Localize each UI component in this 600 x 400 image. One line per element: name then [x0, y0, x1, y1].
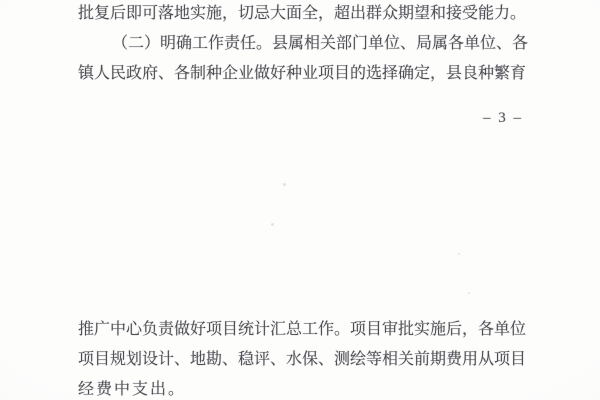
text-line: 推广中心负责做好项目统计汇总工作。项目审批实施后，各单位 — [78, 315, 524, 345]
text-line: 批复后即可落地实施，切忌大面全，超出群众期望和接受能力。 — [78, 0, 524, 29]
scan-noise-speck — [458, 253, 460, 255]
bottom-paragraph: 推广中心负责做好项目统计汇总工作。项目审批实施后，各单位 项目规划设计、地勘、稳… — [78, 315, 524, 400]
scan-noise-speck — [271, 223, 274, 226]
scan-noise-speck — [468, 292, 470, 294]
text-line: 镇人民政府、各制种企业做好种业项目的选择确定，县良种繁育 — [78, 59, 524, 89]
text-line: 项目规划设计、地勘、稳评、水保、测绘等相关前期费用从项目 — [78, 345, 524, 375]
text-line: 经费中支出。 — [78, 375, 524, 400]
top-paragraph: 批复后即可落地实施，切忌大面全，超出群众期望和接受能力。 （二）明确工作责任。县… — [78, 0, 524, 89]
text-line: （二）明确工作责任。县属相关部门单位、局属各单位、各 — [78, 29, 524, 59]
scan-noise-speck — [283, 183, 286, 186]
page-number: – 3 – — [483, 110, 523, 127]
scanned-document-page: 批复后即可落地实施，切忌大面全，超出群众期望和接受能力。 （二）明确工作责任。县… — [0, 0, 600, 400]
